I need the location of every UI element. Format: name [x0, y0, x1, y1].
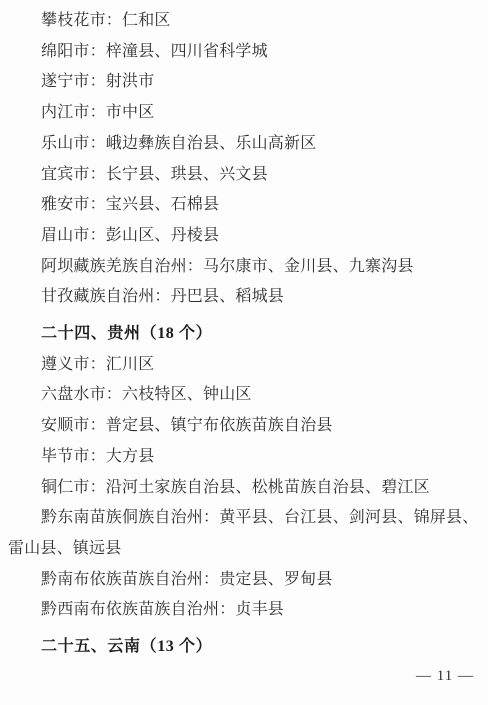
- region-entry: 雅安市：宝兴县、石棉县: [8, 190, 484, 221]
- region-entry: 绵阳市：梓潼县、四川省科学城: [8, 37, 484, 68]
- region-entry: 宜宾市：长宁县、珙县、兴文县: [8, 160, 484, 191]
- section-heading: 二十五、云南（13 个）: [8, 632, 484, 663]
- region-entry: 安顺市：普定县、镇宁布依族苗族自治县: [8, 411, 484, 442]
- region-entry: 铜仁市：沿河土家族自治县、松桃苗族自治县、碧江区: [8, 473, 484, 504]
- region-entry: 六盘水市：六枝特区、钟山区: [8, 380, 484, 411]
- region-entry: 黔南布依族苗族自治州：贵定县、罗甸县: [8, 565, 484, 596]
- document-page: 攀枝花市：仁和区绵阳市：梓潼县、四川省科学城遂宁市：射洪市内江市：市中区乐山市：…: [0, 0, 488, 705]
- region-entry: 黔东南苗族侗族自治州：黄平县、台江县、剑河县、锦屏县、 雷山县、镇远县: [8, 503, 484, 564]
- region-entry: 阿坝藏族羌族自治州：马尔康市、金川县、九寨沟县: [8, 252, 484, 283]
- region-entry: 乐山市：峨边彝族自治县、乐山高新区: [8, 129, 484, 160]
- region-entry: 内江市：市中区: [8, 98, 484, 129]
- region-entry: 黔西南布依族苗族自治州：贞丰县: [8, 595, 484, 626]
- section-heading: 二十四、贵州（18 个）: [8, 319, 484, 350]
- region-entry: 眉山市：彭山区、丹棱县: [8, 221, 484, 252]
- region-entry: 毕节市：大方县: [8, 442, 484, 473]
- page-number: — 11 —: [416, 668, 474, 685]
- region-entry: 遵义市：汇川区: [8, 350, 484, 381]
- region-entry: 甘孜藏族自治州：丹巴县、稻城县: [8, 282, 484, 313]
- document-body: 攀枝花市：仁和区绵阳市：梓潼县、四川省科学城遂宁市：射洪市内江市：市中区乐山市：…: [0, 0, 488, 663]
- region-entry: 遂宁市：射洪市: [8, 67, 484, 98]
- region-entry: 攀枝花市：仁和区: [8, 6, 484, 37]
